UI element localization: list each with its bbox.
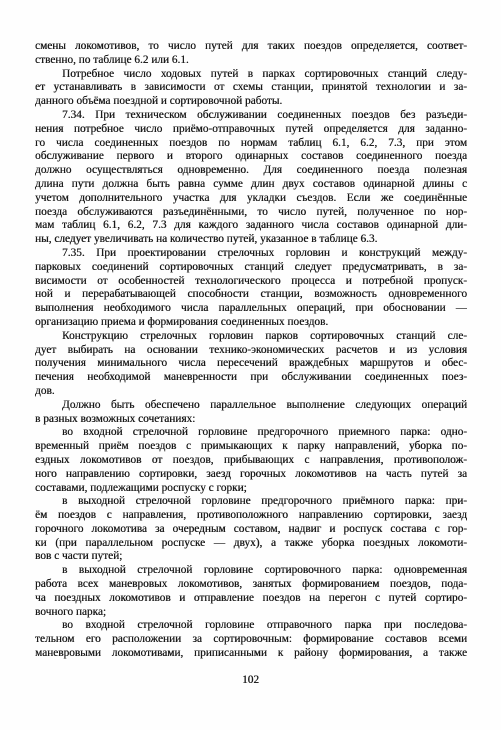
text-line: висимости от особенностей технологическо… xyxy=(35,275,467,289)
text-line: в выходной стрелочной горловине предгоро… xyxy=(35,495,467,509)
text-line: ездных локомотивов от поездов, прибывающ… xyxy=(35,454,467,468)
text-line: ного направлению сортировки, заезд гороч… xyxy=(35,468,467,482)
text-line: вов с части путей; xyxy=(35,550,467,564)
text-line: го числа соединенных поездов по нормам т… xyxy=(35,137,467,151)
text-line: Должно быть обеспечено параллельное выпо… xyxy=(35,399,467,413)
text-line: печения необходимой маневренности при об… xyxy=(35,371,467,385)
text-line: данного объёма поездной и сортировочной … xyxy=(35,95,467,109)
text-line: смены локомотивов, то число путей для та… xyxy=(35,40,467,54)
text-line: ны, следует увеличивать на количество пу… xyxy=(35,233,467,247)
text-line: ча поездных локомотивов и отправление по… xyxy=(35,592,467,606)
text-line: получения минимального числа пересечений… xyxy=(35,357,467,371)
text-line: дов. xyxy=(35,385,467,399)
text-line: ной и перерабатывающей способности станц… xyxy=(35,288,467,302)
scanned-document-page: смены локомотивов, то число путей для та… xyxy=(0,0,501,730)
text-line: обслуживание первого и второго одинарных… xyxy=(35,150,467,164)
text-line: учетом дополнительного участка для уклад… xyxy=(35,192,467,206)
text-line: длина пути должна быть равна сумме длин … xyxy=(35,178,467,192)
text-line: в разных возможных сочетаниях: xyxy=(35,413,467,427)
text-line: временный приём поездов с примыкающих к … xyxy=(35,440,467,454)
text-body: смены локомотивов, то число путей для та… xyxy=(35,40,467,661)
text-line: во входной стрелочной горловине отправоч… xyxy=(35,619,467,633)
text-line: ём поездов с направления, противоположно… xyxy=(35,509,467,523)
page-number: 102 xyxy=(0,674,501,686)
text-line: маневровыми локомотивами, приписанными к… xyxy=(35,647,467,661)
text-line: 7.35. При проектировании стрелочных горл… xyxy=(35,247,467,261)
text-line: Конструкцию стрелочных горловин парков с… xyxy=(35,330,467,344)
text-line: в выходной стрелочной горловине сортиров… xyxy=(35,564,467,578)
text-line: ственно, по таблице 6.2 или 6.1. xyxy=(35,54,467,68)
text-line: организацию приема и формирования соедин… xyxy=(35,316,467,330)
text-line: поезда обслуживаются разъединёнными, то … xyxy=(35,206,467,220)
text-line: горочного локомотива за очередным состав… xyxy=(35,523,467,537)
text-line: тельном его расположении за сортировочны… xyxy=(35,633,467,647)
text-line: 7.34. При техническом обслуживании соеди… xyxy=(35,109,467,123)
text-line: ет устанавливать в зависимости от схемы … xyxy=(35,81,467,95)
text-line: мам таблиц 6.1, 6.2, 7.3 для каждого зад… xyxy=(35,219,467,233)
text-line: составами, подлежащими роспуску с горки; xyxy=(35,482,467,496)
text-line: ки (при параллельном роспуске — двух), а… xyxy=(35,537,467,551)
text-line: дует выбирать на основании технико-эконо… xyxy=(35,344,467,358)
text-line: парковых соединений сортировочных станци… xyxy=(35,261,467,275)
text-line: нения потребное число приёмо-отправочных… xyxy=(35,123,467,137)
text-line: работа всех маневровых локомотивов, заня… xyxy=(35,578,467,592)
text-line: во входной стрелочной горловине предгоро… xyxy=(35,426,467,440)
text-line: вочного парка; xyxy=(35,606,467,620)
text-line: выполнения необходимого числа параллельн… xyxy=(35,302,467,316)
text-line: должно осуществляться одновременно. Для … xyxy=(35,164,467,178)
text-line: Потребное число ходовых путей в парках с… xyxy=(35,68,467,82)
